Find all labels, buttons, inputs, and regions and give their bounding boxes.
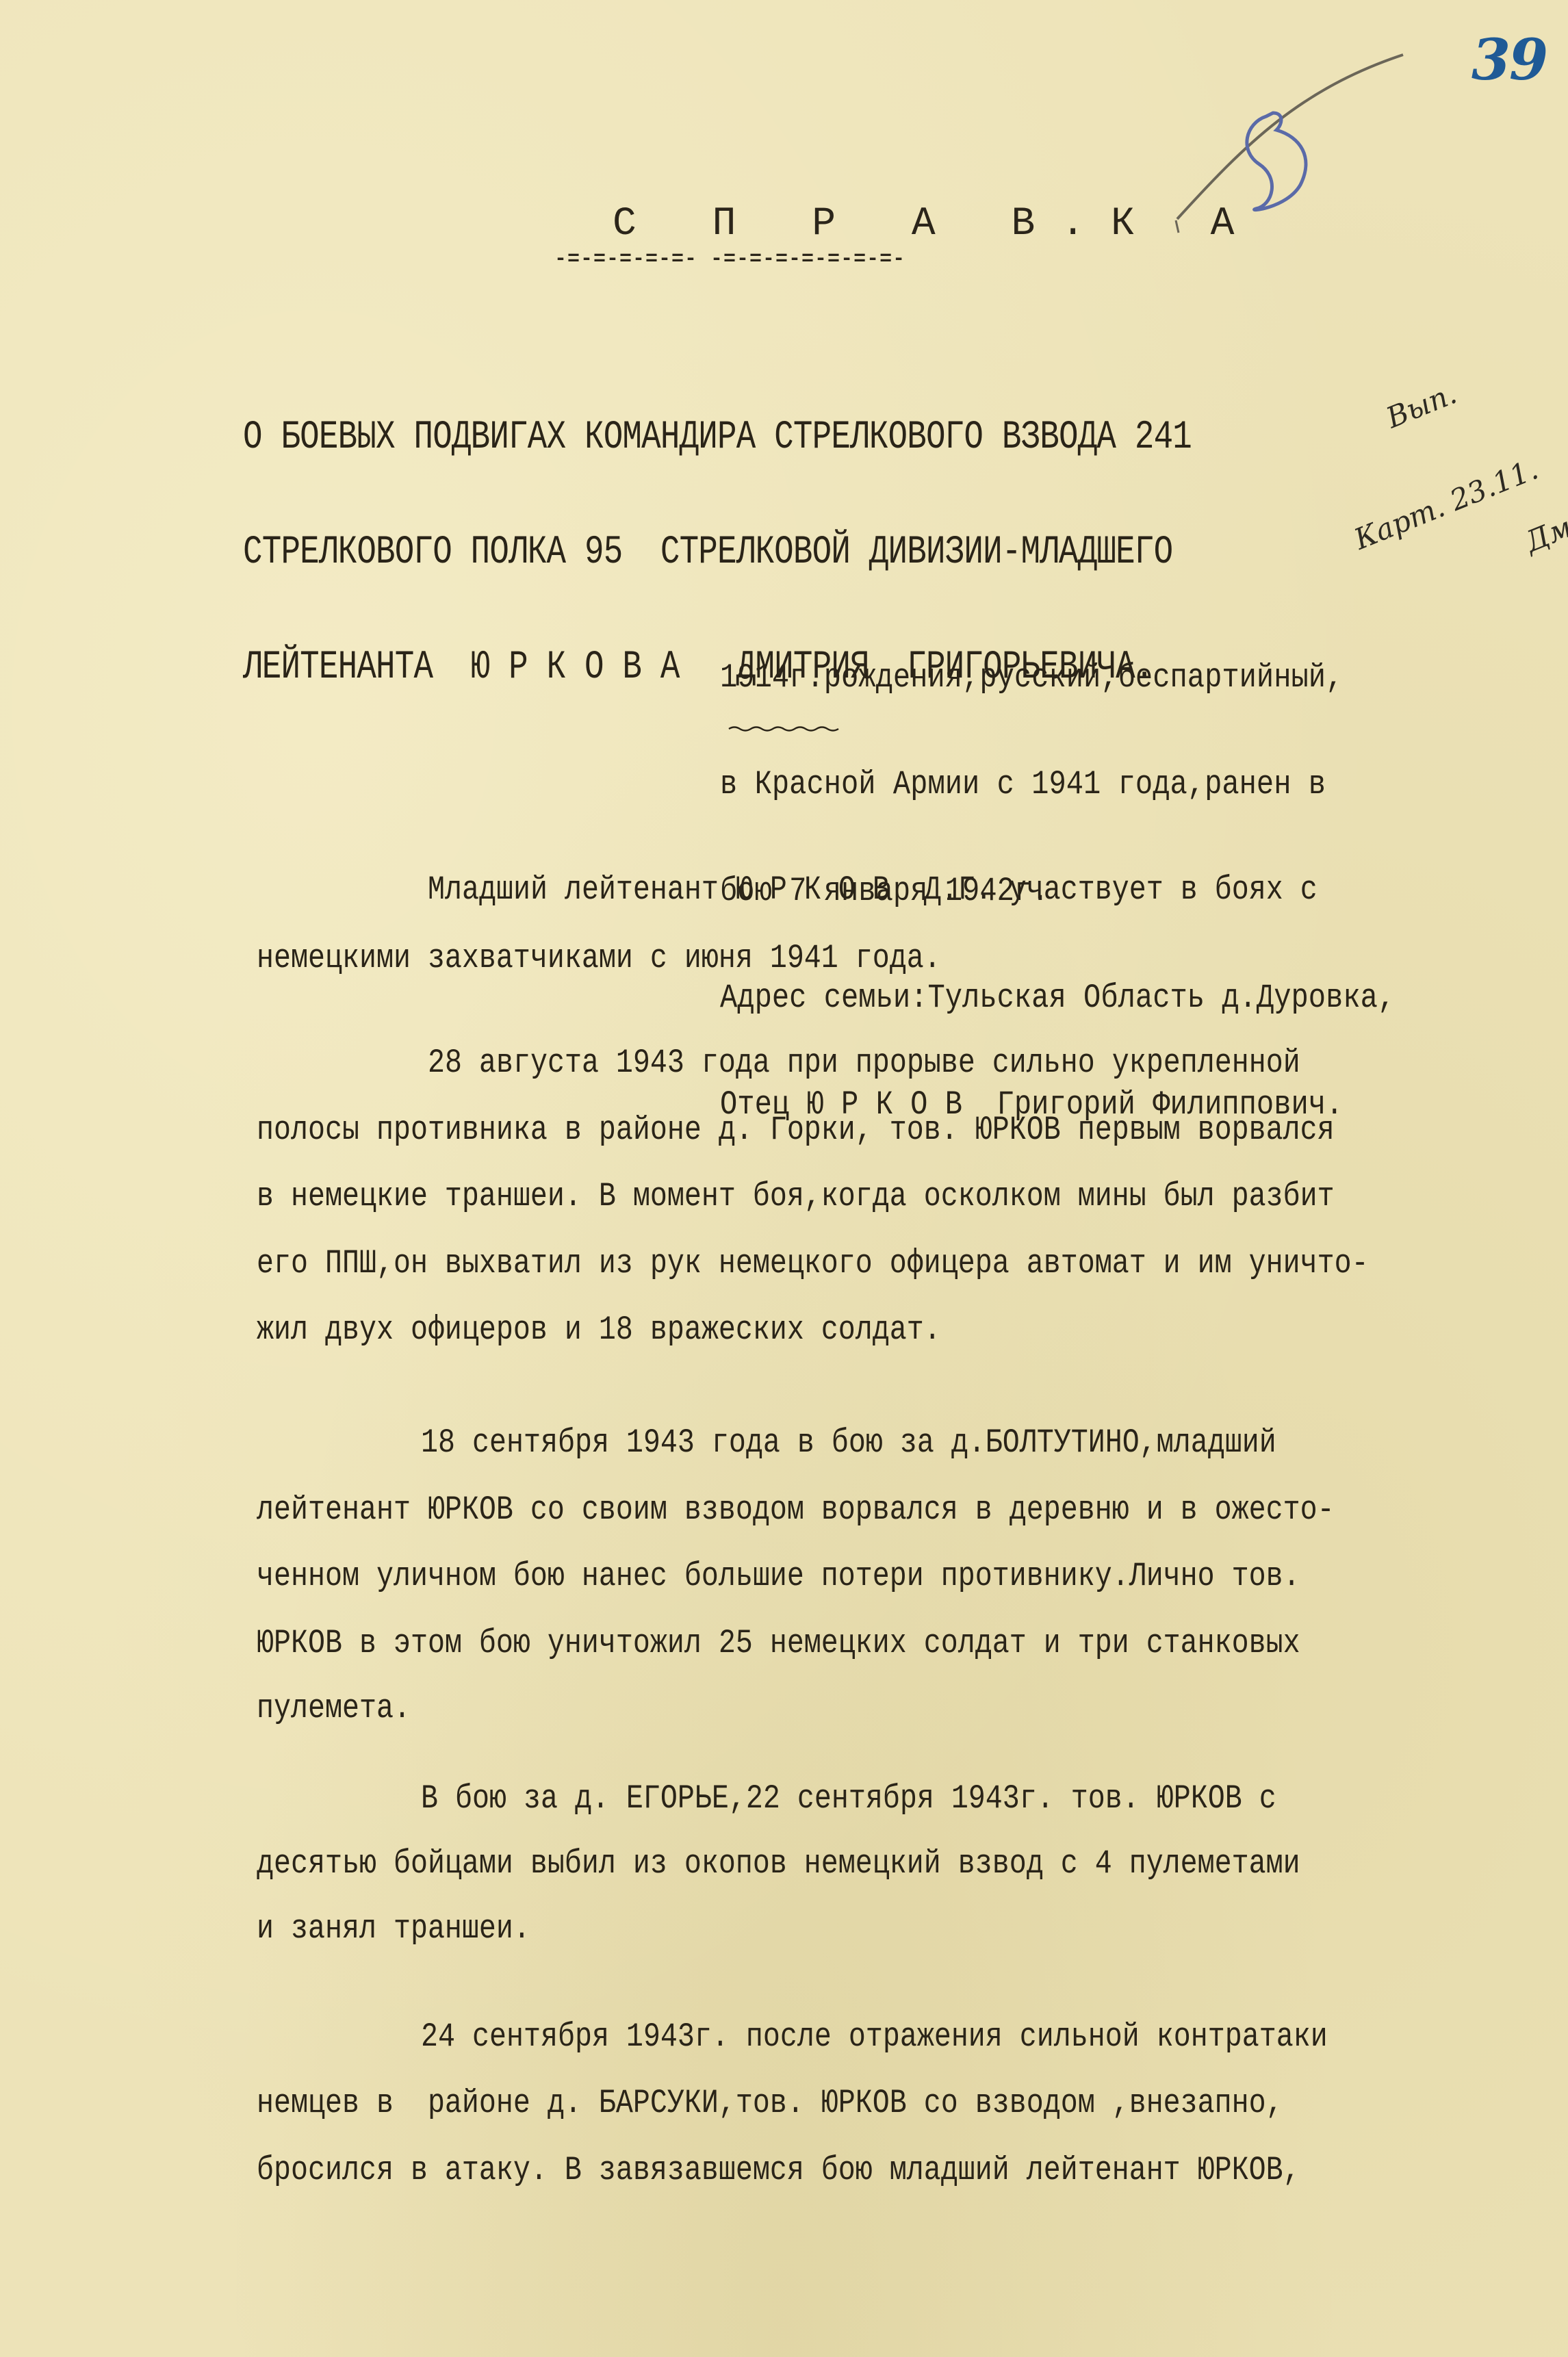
body-line: В бою за д. ЕГОРЬЕ,22 сентября 1943г. то… [421,1779,1276,1818]
folio-number: 39 [1471,27,1547,93]
marginal-line: Дм [1520,489,1568,559]
subject-line: О БОЕВЫХ ПОДВИГАХ КОМАНДИРА СТРЕЛКОВОГО … [243,419,1192,457]
marginal-line: Вып. [1382,335,1566,435]
body-line: его ППШ,он выхватил из рук немецкого офи… [257,1244,1369,1283]
bio-line: в Красной Армии с 1941 года,ранен в [720,767,1395,802]
body-line: бросился в атаку. В завязавшемся бою мла… [257,2151,1300,2189]
body-line: пулемета. [257,1689,411,1727]
body-line: жил двух офицеров и 18 вражеских солдат. [257,1311,941,1349]
body-line: 24 сентября 1943г. после отражения сильн… [421,2018,1328,2056]
body-line: десятью бойцами выбил из окопов немецкий… [257,1844,1300,1883]
body-line: Младший лейтенант Ю Р К О В Д.Г. участву… [428,871,1318,909]
document-title: С П Р А В.К А [613,202,1260,246]
body-line: немецкими захватчиками с июня 1941 года. [257,939,941,977]
body-line: 28 августа 1943 года при прорыве сильно … [428,1044,1300,1082]
body-line: полосы противника в районе д. Горки, тов… [257,1111,1335,1149]
body-line: лейтенант ЮРКОВ со своим взводом ворвалс… [257,1491,1335,1529]
body-line: в немецкие траншеи. В момент боя,когда о… [257,1177,1335,1215]
body-line: и занял траншеи. [257,1909,530,1948]
title-underline-rule: -=-=-=-=-=- -=-=-=-=-=-=-=- [554,248,905,271]
body-line: немцев в районе д. БАРСУКИ,тов. ЮРКОВ со… [257,2084,1283,2122]
body-line: ЮРКОВ в этом бою уничтожил 25 немецких с… [257,1624,1300,1662]
body-line: 18 сентября 1943 года в бою за д.БОЛТУТИ… [421,1424,1276,1462]
subject-line: СТРЕЛКОВОГО ПОЛКА 95 СТРЕЛКОВОЙ ДИВИЗИИ-… [243,534,1192,572]
handwritten-marginal-note: Вып. Карт. 23.11. Дм [1287,272,1567,465]
wavy-underline-icon [698,725,869,732]
body-line: ченном уличном бою нанес большие потери … [257,1557,1300,1595]
document-page: 39 С П Р А В.К А -=-=-=-=-=- -=-=-=-=-=-… [0,0,1568,2357]
bio-line: 1914г.рождения,русский,беспартийный, [720,660,1395,695]
bio-line: Адрес семьи:Тульская Область д.Дуровка, [720,980,1395,1016]
